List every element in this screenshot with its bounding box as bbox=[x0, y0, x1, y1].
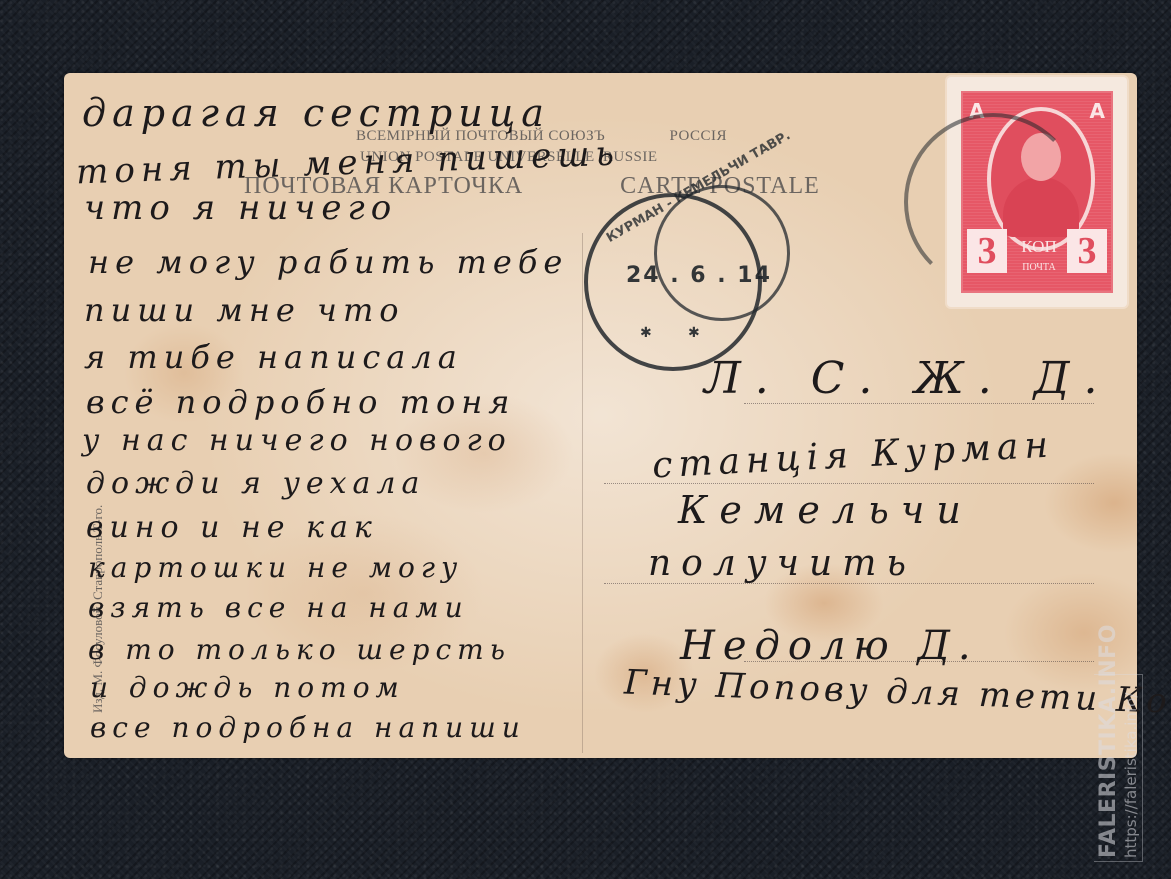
address-line: Гну Попову для тети Коли bbox=[623, 663, 1171, 724]
message-line: я тибе написала bbox=[84, 338, 463, 376]
message-line: дожди я уехала bbox=[86, 466, 425, 501]
address-line: Недолю Д. bbox=[680, 623, 979, 669]
message-line: взять все на нами bbox=[88, 591, 469, 624]
address-line: Л. С. Ж. Д. bbox=[704, 353, 1112, 404]
address-line: получить bbox=[648, 543, 916, 584]
postmark-star-icon: ✱ bbox=[688, 325, 700, 341]
message-line: дарагая сестрица bbox=[82, 91, 550, 135]
message-line: и дождь потом bbox=[90, 671, 405, 704]
message-line: все подробна напиши bbox=[90, 711, 526, 744]
message-line: у нас ничего нового bbox=[82, 423, 512, 458]
message-line: в то только шерсть bbox=[88, 633, 511, 666]
address-line: Кемельчи bbox=[678, 488, 973, 532]
stamp-corner-letter: А bbox=[1090, 99, 1105, 123]
country-ru-text: РОССIЯ bbox=[669, 128, 727, 144]
site-watermark: FALERISTIKA.INFO https://faleristika.inf… bbox=[1096, 624, 1121, 858]
message-line: не могу рабить тебе bbox=[88, 243, 568, 281]
postcard: ВСЕМIРНЫЙ ПОЧТОВЫЙ СОЮЗЪ РОССIЯ UNION PO… bbox=[64, 73, 1137, 758]
watermark-url: https://faleristika.info/ bbox=[1122, 693, 1140, 858]
message-line: вино и не как bbox=[86, 510, 378, 545]
postmark-star-icon: ✱ bbox=[640, 325, 652, 341]
message-line: всё подробно тоня bbox=[86, 383, 515, 421]
message-line: картошки не могу bbox=[88, 551, 463, 584]
address-line: станцiя Курман bbox=[651, 425, 1055, 487]
message-line: пиши мне что bbox=[84, 291, 405, 329]
stamp-cancel-postmark bbox=[904, 113, 1082, 291]
message-line: что я ничего bbox=[84, 188, 397, 228]
card-divider-line bbox=[582, 233, 583, 753]
